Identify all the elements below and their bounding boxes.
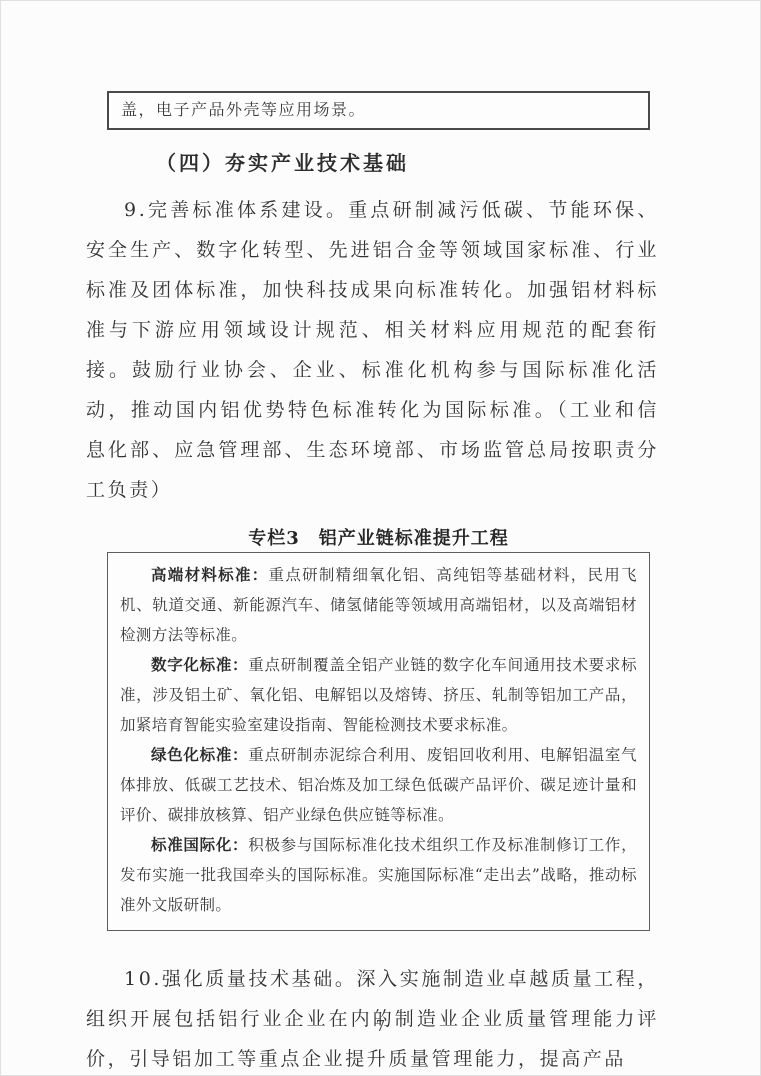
section-heading: （四）夯实产业技术基础 xyxy=(86,148,661,178)
callout-item-label: 标准国际化： xyxy=(151,835,248,854)
continuation-text: 盖，电子产品外壳等应用场景。 xyxy=(121,100,366,119)
callout-item-label: 高端材料标准： xyxy=(151,565,269,584)
callout-item-digitalization: 数字化标准：重点研制覆盖全铝产业链的数字化车间通用技术要求标准，涉及铝土矿、氧化… xyxy=(120,650,637,740)
document-page: 盖，电子产品外壳等应用场景。 （四）夯实产业技术基础 9.完善标准体系建设。重点… xyxy=(0,0,761,1076)
callout-box-title: 专栏3 铝产业链标准提升工程 xyxy=(107,524,650,550)
paragraph-9: 9.完善标准体系建设。重点研制减污低碳、节能环保、安全生产、数字化转型、先进铝合… xyxy=(86,190,659,510)
callout-box: 高端材料标准：重点研制精细氧化铝、高纯铝等基础材料，民用飞机、轨道交通、新能源汽… xyxy=(107,552,650,931)
callout-item-high-end-materials: 高端材料标准：重点研制精细氧化铝、高纯铝等基础材料，民用飞机、轨道交通、新能源汽… xyxy=(120,560,637,650)
previous-callout-continuation-box: 盖，电子产品外壳等应用场景。 xyxy=(107,91,650,130)
page-content: 盖，电子产品外壳等应用场景。 （四）夯实产业技术基础 9.完善标准体系建设。重点… xyxy=(86,91,661,1076)
callout-item-internationalization: 标准国际化：积极参与国际标准化技术组织工作及标准制修订工作，发布实施一批我国牵头… xyxy=(120,830,637,920)
page-number: 7 xyxy=(1,1017,760,1035)
callout-item-label: 绿色化标准： xyxy=(151,745,248,764)
callout-item-label: 数字化标准： xyxy=(151,655,248,674)
callout-item-green-standards: 绿色化标准：重点研制赤泥综合利用、废铝回收利用、电解铝温室气体排放、低碳工艺技术… xyxy=(120,740,637,830)
